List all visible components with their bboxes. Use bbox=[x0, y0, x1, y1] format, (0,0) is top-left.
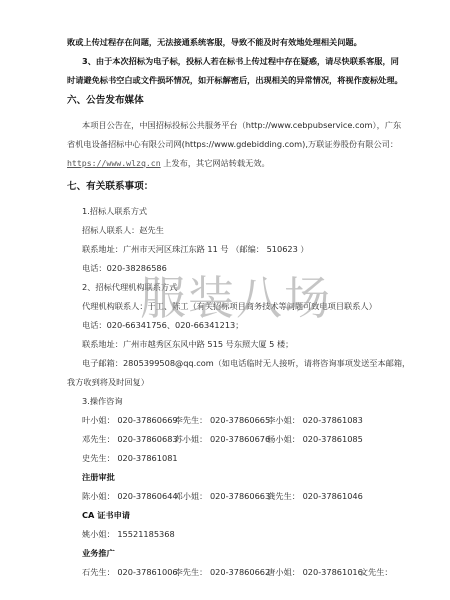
contact-entry: 苏小姐： 020-37860676 bbox=[175, 434, 265, 444]
contact-entry: 杨小姐： 020-37861085 bbox=[267, 434, 363, 444]
ops-contact-row: 邓先生： 020-37860683 苏小姐： 020-37860676 杨小姐：… bbox=[82, 434, 363, 444]
contact-entry: 史先生： 020-37861081 bbox=[82, 453, 178, 463]
contact-entry: 李先生： 020-37860662 bbox=[175, 567, 265, 577]
contact-entry: 叶小姐： 020-37860669 bbox=[82, 415, 172, 425]
contact2-email-cont: 我方收到将及时回复） bbox=[67, 377, 149, 387]
section7-heading: 七、有关联系事项： bbox=[67, 182, 153, 192]
text: 上发布，其它网站转载无效。 bbox=[161, 158, 270, 168]
contact-entry: 龚先生： 020-37861046 bbox=[267, 491, 363, 501]
wlzq-link[interactable]: https://www.wlzq.cn bbox=[67, 158, 161, 168]
watermark: 服装八场 bbox=[140, 262, 332, 328]
ca-contact: 姚小姐： 15521185368 bbox=[82, 529, 175, 539]
contact-entry: 文先生： bbox=[360, 567, 393, 577]
contact-entry: 陈小姐： 020-37860644 bbox=[82, 491, 172, 501]
contact2-address: 联系地址：广州市越秀区东风中路 515 号东照大厦 5 楼； bbox=[82, 339, 293, 349]
business-heading: 业务推广 bbox=[82, 548, 115, 558]
contact-entry: 邓小姐： 020-37860663 bbox=[175, 491, 265, 501]
contact1-person: 招标人联系人：赵先生 bbox=[82, 225, 164, 235]
registration-contact-row: 陈小姐： 020-37860644 邓小姐： 020-37860663 龚先生：… bbox=[82, 491, 363, 501]
contact1-title: 1.招标人联系方式 bbox=[82, 206, 147, 216]
section6-paragraph-line3: https://www.wlzq.cn 上发布，其它网站转载无效。 bbox=[67, 158, 270, 168]
ops-contact-row: 史先生： 020-37861081 bbox=[82, 453, 178, 463]
section6-paragraph-line1: 本项目公告在，中国招标投标公共服务平台（http://www.cebpubser… bbox=[82, 120, 401, 130]
contact-entry: 邓先生： 020-37860683 bbox=[82, 434, 172, 444]
contact-entry: 李先生： 020-37860665 bbox=[175, 415, 265, 425]
text: 败或上传过程存在问题，无法接通系统客服，导致不能及时有效地处理相关问题。 bbox=[67, 37, 362, 47]
contact3-title: 3.操作咨询 bbox=[82, 396, 123, 406]
section6-heading: 六、公告发布媒体 bbox=[67, 96, 144, 106]
paragraph-upload-issue: 败或上传过程存在问题，无法接通系统客服，导致不能及时有效地处理相关问题。 bbox=[67, 37, 362, 47]
paragraph-item3-line2: 时请避免标书空白或文件损坏情况，如开标解密后，出现相关的异常情况，将视作废标处理… bbox=[67, 75, 403, 85]
document-page: 败或上传过程存在问题，无法接通系统客服，导致不能及时有效地处理相关问题。 3、由… bbox=[0, 0, 450, 600]
contact-entry: 李小姐： 020-37861083 bbox=[267, 415, 363, 425]
ops-contact-row: 叶小姐： 020-37860669 李先生： 020-37860665 李小姐：… bbox=[82, 415, 363, 425]
ca-heading: CA 证书申请 bbox=[82, 510, 130, 520]
paragraph-item3-line1: 3、由于本次招标为电子标，投标人若在标书上传过程中存在疑惑，请尽快联系客服，同 bbox=[82, 56, 399, 66]
contact2-email: 电子邮箱：2805399508@qq.com（如电话临时无人接听，请将咨询事项发… bbox=[82, 358, 410, 368]
registration-heading: 注册审批 bbox=[82, 472, 115, 482]
section6-paragraph-line2: 省机电设备招标中心有限公司网(https://www.gdebidding.co… bbox=[67, 139, 398, 149]
contact1-address: 联系地址：广州市天河区珠江东路 11 号 （邮编： 510623 ） bbox=[82, 244, 309, 254]
contact-entry: 石先生： 020-37861006 bbox=[82, 567, 172, 577]
contact-entry: 唐小姐： 020-37861016 bbox=[267, 567, 357, 577]
business-contact-row: 石先生： 020-37861006 李先生： 020-37860662 唐小姐：… bbox=[82, 567, 393, 577]
